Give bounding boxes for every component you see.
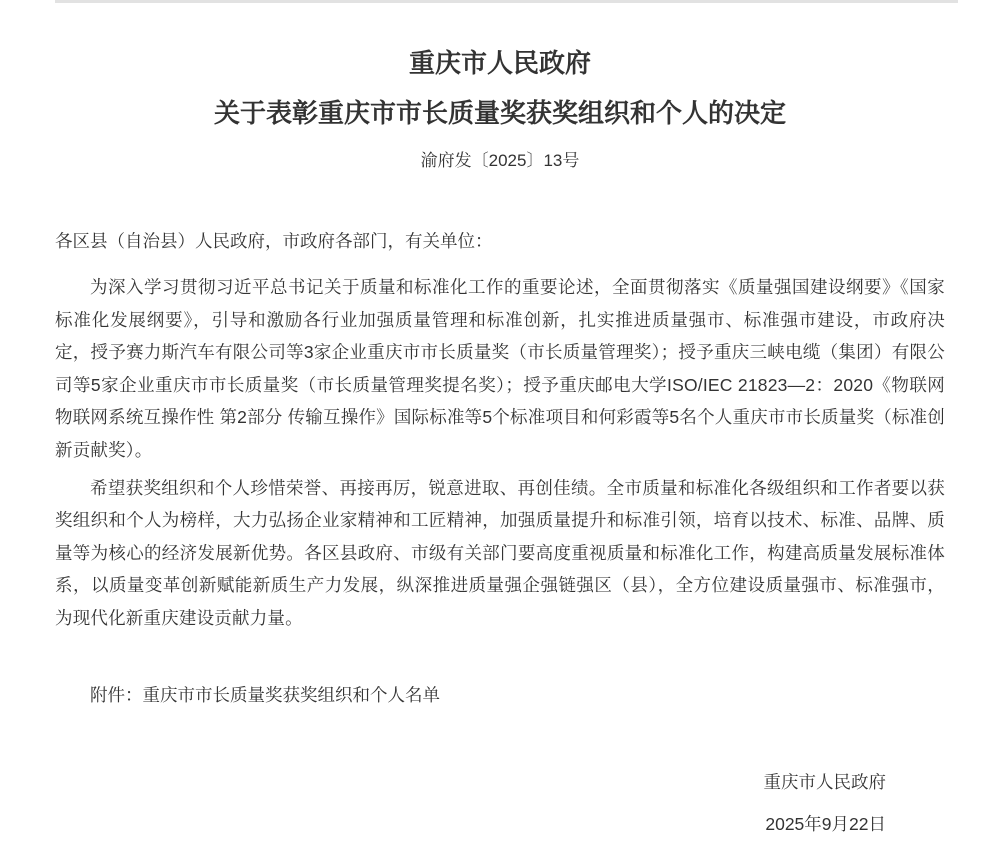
paragraph-expectations: 希望获奖组织和个人珍惜荣誉、再接再厉，锐意进取、再创佳绩。全市质量和标准化各级组… <box>55 472 945 635</box>
paragraph-awards: 为深入学习贯彻习近平总书记关于质量和标准化工作的重要论述，全面贯彻落实《质量强国… <box>55 271 945 467</box>
issue-date: 2025年9月22日 <box>55 808 886 840</box>
issuer-name: 重庆市人民政府 <box>55 766 886 798</box>
attachment-note: 附件：重庆市市长质量奖获奖组织和个人名单 <box>55 679 945 711</box>
document-subtitle: 关于表彰重庆市市长质量奖获奖组织和个人的决定 <box>55 95 945 131</box>
document-number: 渝府发〔2025〕13号 <box>55 149 945 173</box>
document-page: 重庆市人民政府 关于表彰重庆市市长质量奖获奖组织和个人的决定 渝府发〔2025〕… <box>55 0 945 840</box>
salutation-line: 各区县（自治县）人民政府，市政府各部门，有关单位： <box>55 229 945 253</box>
document-title: 重庆市人民政府 <box>55 45 945 81</box>
signature-block: 重庆市人民政府 2025年9月22日 <box>55 766 945 840</box>
